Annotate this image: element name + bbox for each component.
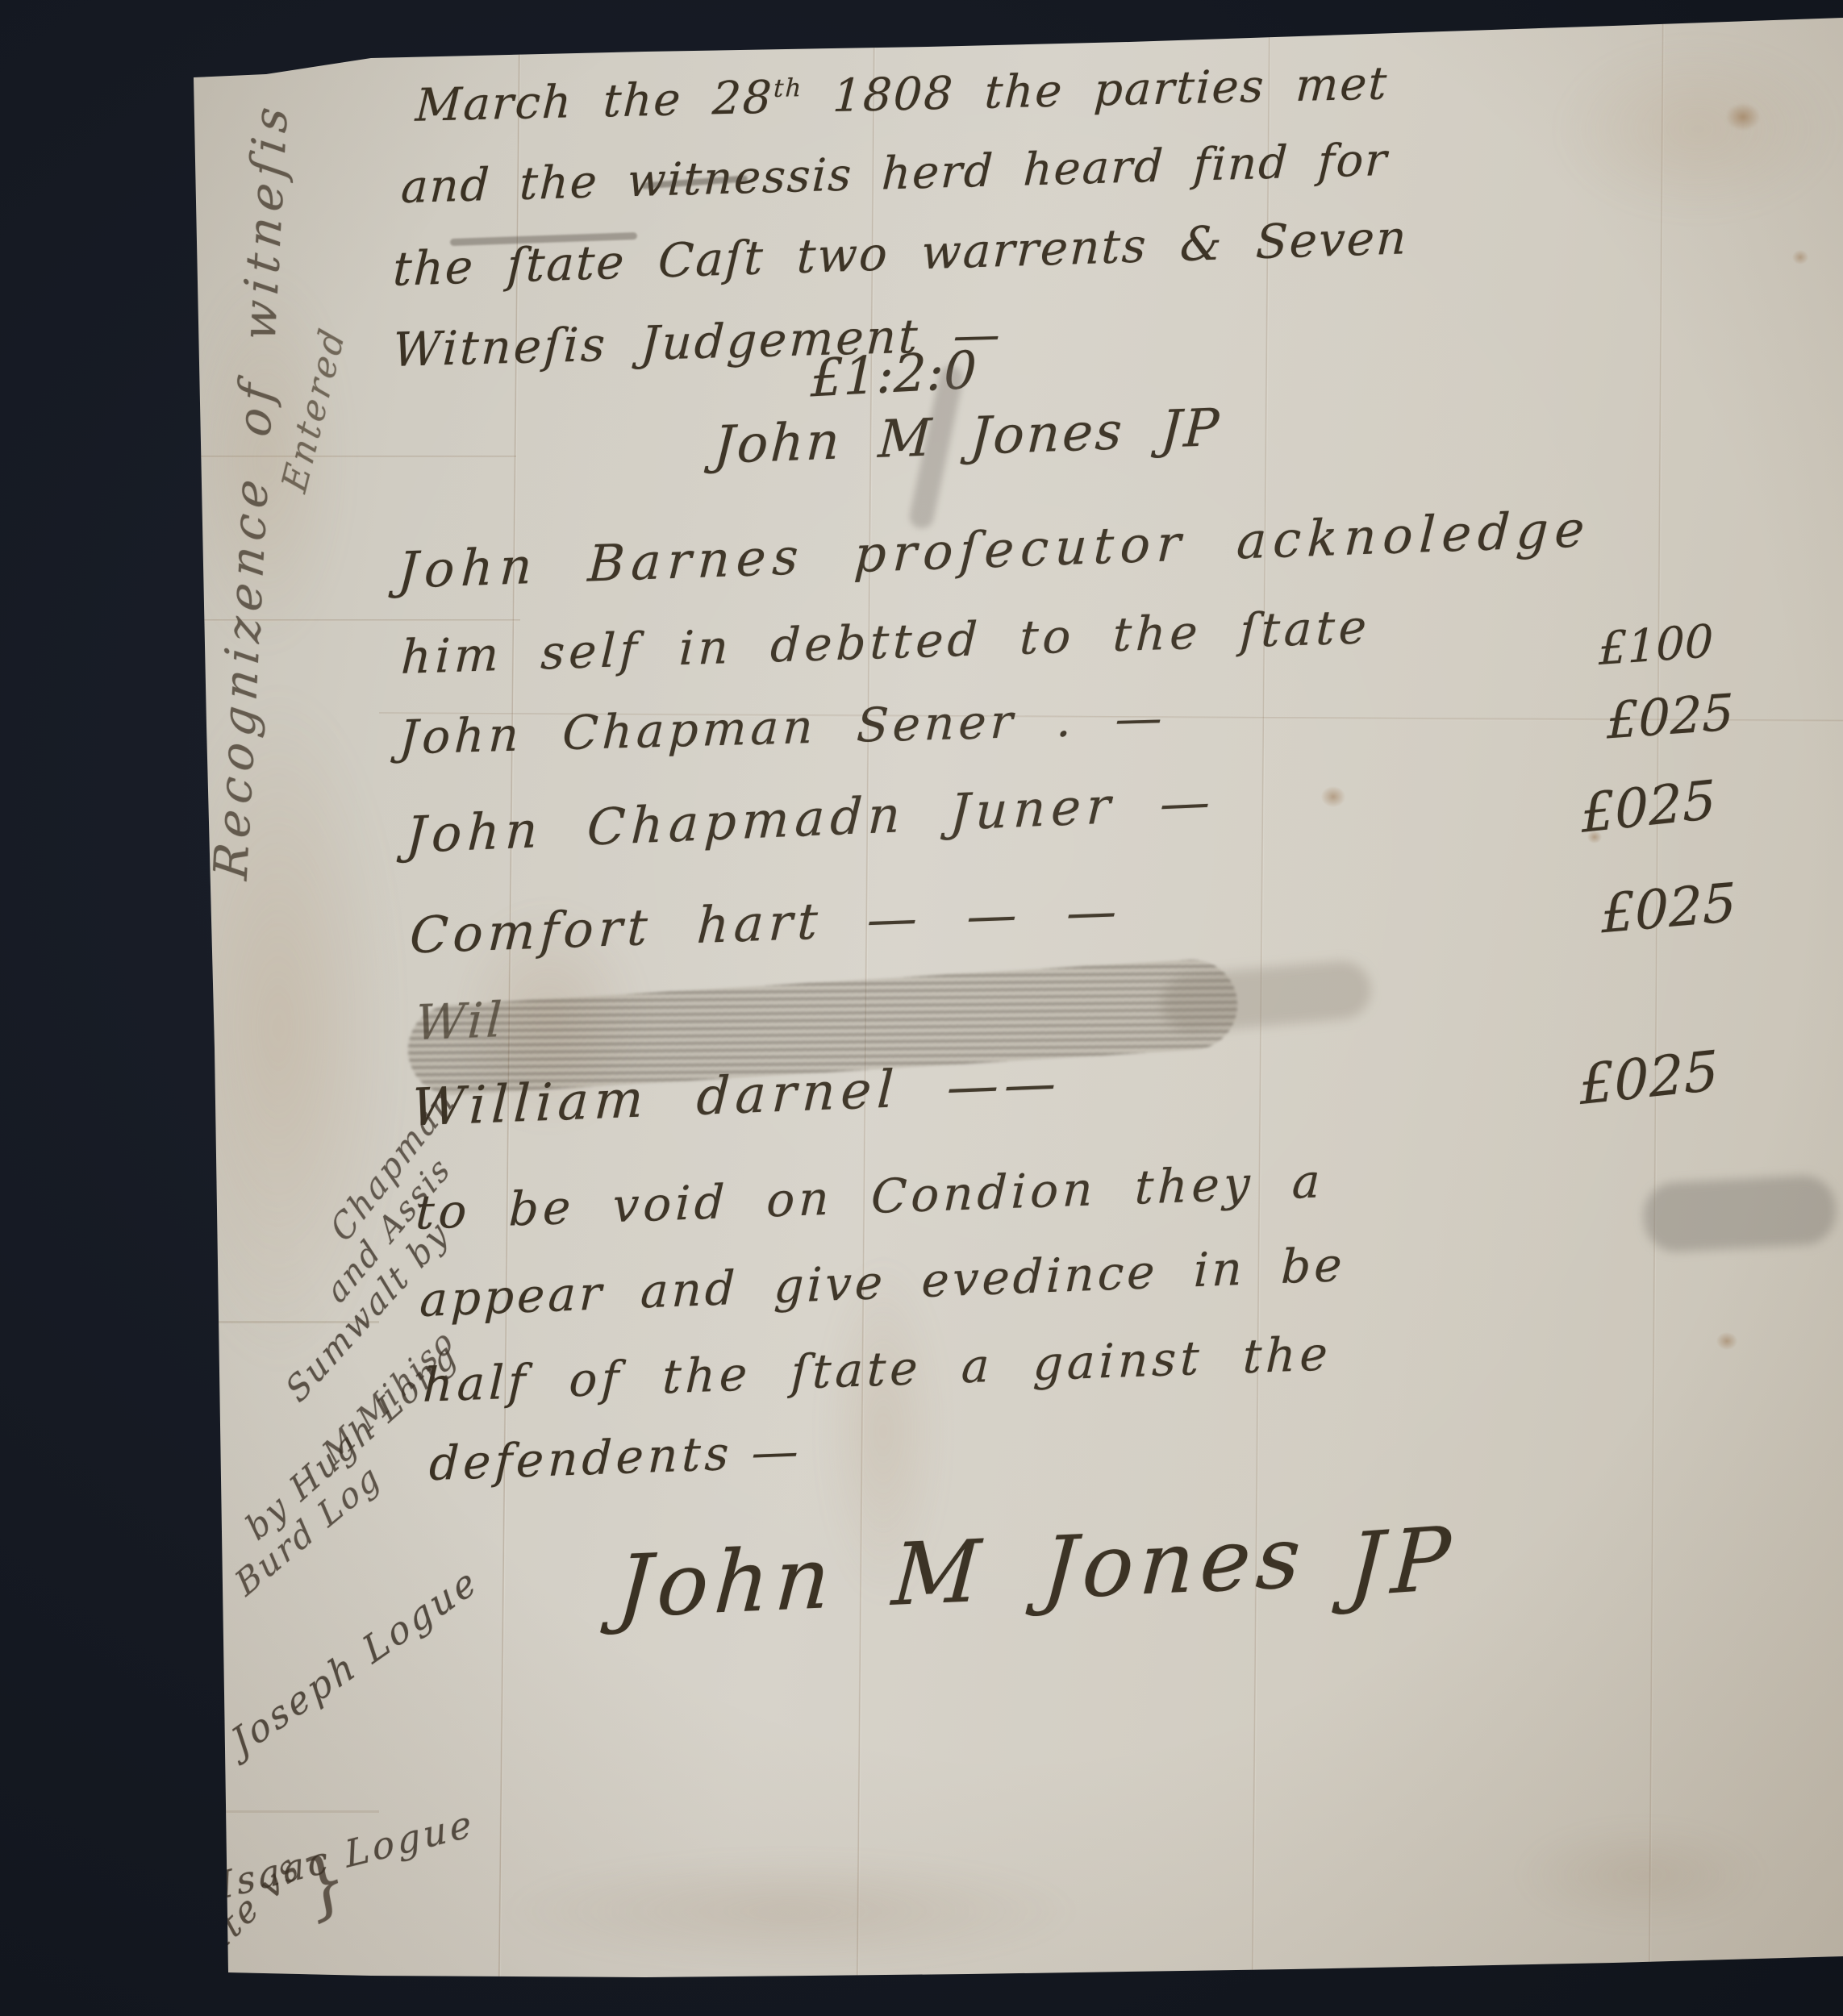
date-line-pre: March the 28: [415, 72, 774, 132]
fox-spot-5: [1716, 1332, 1737, 1350]
date-line: March the 28th 1808 the parties met: [415, 57, 1390, 131]
document-paper: March the 28th 1808 the parties met and …: [0, 0, 1843, 2016]
line-barnes-prosecutor: John Barnes proſecutor acknoledge: [397, 499, 1593, 600]
photo-backdrop: March the 28th 1808 the parties met and …: [0, 0, 1843, 2016]
amount-chapman-senior: £025: [1607, 682, 1733, 750]
line-condition-3: half of the ſtate a gainst the: [422, 1326, 1332, 1412]
line-chapman-junior: John Chapmadn Juner —: [405, 772, 1217, 864]
amount-darnel: £025: [1578, 1039, 1720, 1118]
line-condition-2: appear and give evedince in be: [419, 1237, 1345, 1327]
fox-spot-2: [1792, 250, 1808, 264]
fold-crease-vertical-3: [1251, 28, 1271, 1972]
stain-bottom-band: [500, 1855, 1081, 1968]
line-indebted: him self in debtted to the ſtate: [400, 599, 1371, 685]
fold-crease-horizontal-left-4: [218, 1810, 379, 1813]
line-condition-4: defendents —: [428, 1423, 803, 1491]
margin-recognizance-label: Recognizence of witneſis: [203, 98, 298, 883]
margin-entered-label: Entered: [274, 322, 354, 498]
signature-john-m-jones: John M Jones: [615, 1507, 1309, 1637]
line-jones-first: John M Jones JP: [712, 398, 1223, 476]
scribble-tail-smear: [1159, 959, 1373, 1035]
line-comfort-hart: Comfort hart — — —: [408, 881, 1123, 965]
amount-chapman-junior: £025: [1580, 768, 1717, 845]
amount-barnes: £100: [1599, 615, 1713, 676]
line-condition-1: to be void on Condion they a: [415, 1153, 1325, 1239]
fox-spot-3: [1321, 786, 1345, 807]
date-line-post: 1808 the parties met: [801, 57, 1389, 123]
line-william-darnel: William darnel ——: [410, 1053, 1062, 1138]
date-line-superscript: th: [773, 73, 803, 103]
signature-jp-flourish: JP: [1346, 1508, 1461, 1617]
amount-hart: £025: [1601, 872, 1737, 946]
stain-right-top-warm: [1557, 40, 1839, 218]
erasure-smudge-right: [1642, 1174, 1837, 1253]
line-obliterated: Wil: [414, 992, 507, 1052]
amount-judgement: £1:2:0: [810, 341, 977, 410]
stain-bottom-right: [1516, 1822, 1766, 1927]
fold-crease-vertical-4: [1649, 20, 1666, 1964]
line-state-cast: the ſtate Caſt two warrents & Seven: [392, 210, 1409, 297]
line-witnesses-heard: and the witnessis herd heard find for: [400, 134, 1390, 214]
fox-spot-1: [1726, 103, 1760, 131]
line-chapman-senior: John Chapman Sener . —: [398, 690, 1168, 765]
